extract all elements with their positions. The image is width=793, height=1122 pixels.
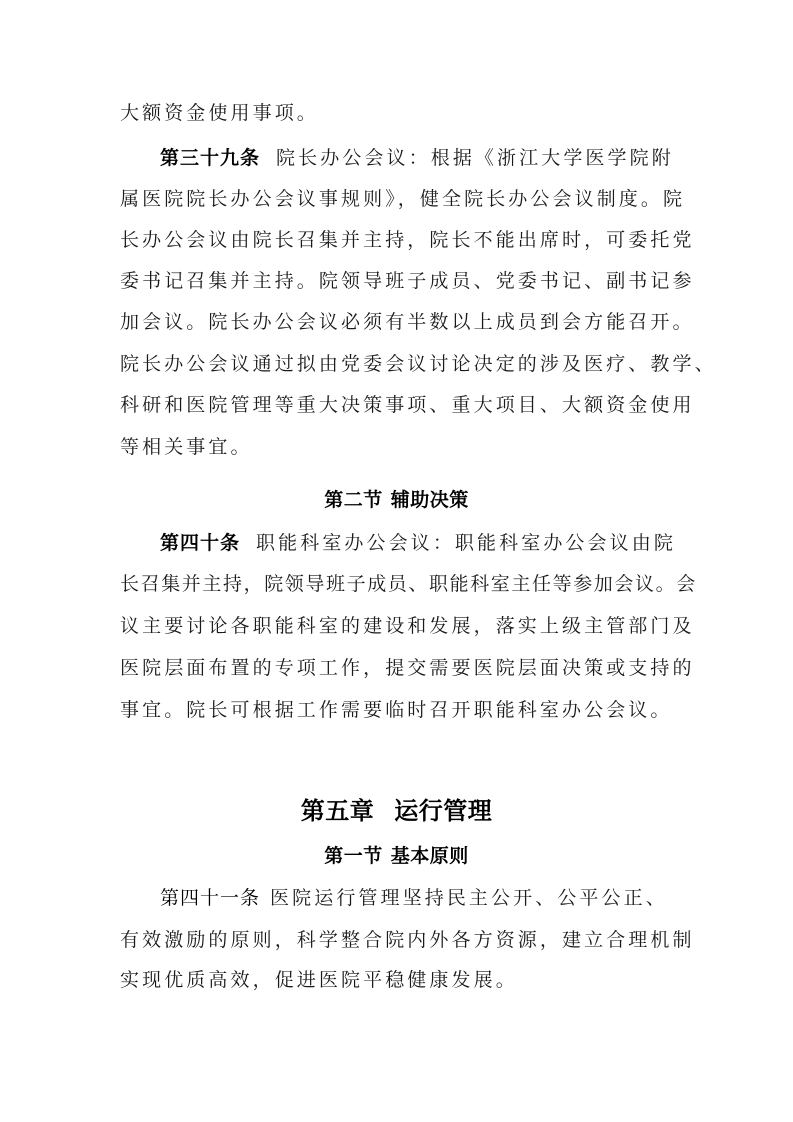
document-page: 大额资金使用事项。 第三十九条院长办公会议：根据《浙江大学医学院附 属医院院长办… xyxy=(0,0,793,1122)
section-title: 辅助决策 xyxy=(391,489,469,511)
paragraph-line: 长办公会议由院长召集并主持，院长不能出席时，可委托党 xyxy=(120,225,690,255)
paragraph-line: 大额资金使用事项。 xyxy=(120,98,690,128)
paragraph-line: 科研和医院管理等重大决策事项、重大项目、大额资金使用 xyxy=(120,390,690,420)
section-number: 第二节 xyxy=(324,489,383,511)
paragraph-line: 长召集并主持，院领导班子成员、职能科室主任等参加会议。会 xyxy=(120,569,690,599)
article-number: 第四十条 xyxy=(160,532,240,554)
paragraph-line: 议主要讨论各职能科室的建设和发展，落实上级主管部门及 xyxy=(120,611,690,641)
paragraph-line: 院长办公会议通过拟由党委会议讨论决定的涉及医疗、教学、 xyxy=(120,349,690,379)
chapter-number: 第五章 xyxy=(301,797,375,825)
article-number: 第四十一条 xyxy=(160,887,260,909)
section-title: 基本原则 xyxy=(391,845,469,867)
article-number: 第三十九条 xyxy=(160,147,260,169)
paragraph-line: 有效激励的原则，科学整合院内外各方资源，建立合理机制 xyxy=(120,925,690,955)
article-text: 职能科室办公会议：职能科室办公会议由院 xyxy=(256,532,676,554)
paragraph-line: 事宜。院长可根据工作需要临时召开职能科室办公会议。 xyxy=(120,695,690,725)
article-text: 院长办公会议：根据《浙江大学医学院附 xyxy=(276,147,674,169)
section-number: 第一节 xyxy=(324,845,383,867)
paragraph-line: 属医院院长办公会议事规则》，健全院长办公会议制度。院 xyxy=(120,184,690,214)
paragraph-line: 实现优质高效，促进医院平稳健康发展。 xyxy=(120,965,690,995)
paragraph-line: 等相关事宜。 xyxy=(120,432,690,462)
article-40-first-line: 第四十条职能科室办公会议：职能科室办公会议由院 xyxy=(160,528,690,558)
paragraph-line: 医院层面布置的专项工作，提交需要医院层面决策或支持的 xyxy=(120,653,690,683)
section-heading: 第一节基本原则 xyxy=(0,841,793,871)
chapter-heading: 第五章运行管理 xyxy=(0,793,793,829)
paragraph-line: 委书记召集并主持。院领导班子成员、党委书记、副书记参 xyxy=(120,266,690,296)
chapter-title: 运行管理 xyxy=(394,797,492,825)
article-41-first-line: 第四十一条医院运行管理坚持民主公开、公平公正、 xyxy=(160,883,690,913)
article-39-first-line: 第三十九条院长办公会议：根据《浙江大学医学院附 xyxy=(160,143,690,173)
section-heading: 第二节辅助决策 xyxy=(0,485,793,515)
paragraph-line: 加会议。院长办公会议必须有半数以上成员到会方能召开。 xyxy=(120,307,690,337)
article-text: 医院运行管理坚持民主公开、公平公正、 xyxy=(270,887,668,909)
